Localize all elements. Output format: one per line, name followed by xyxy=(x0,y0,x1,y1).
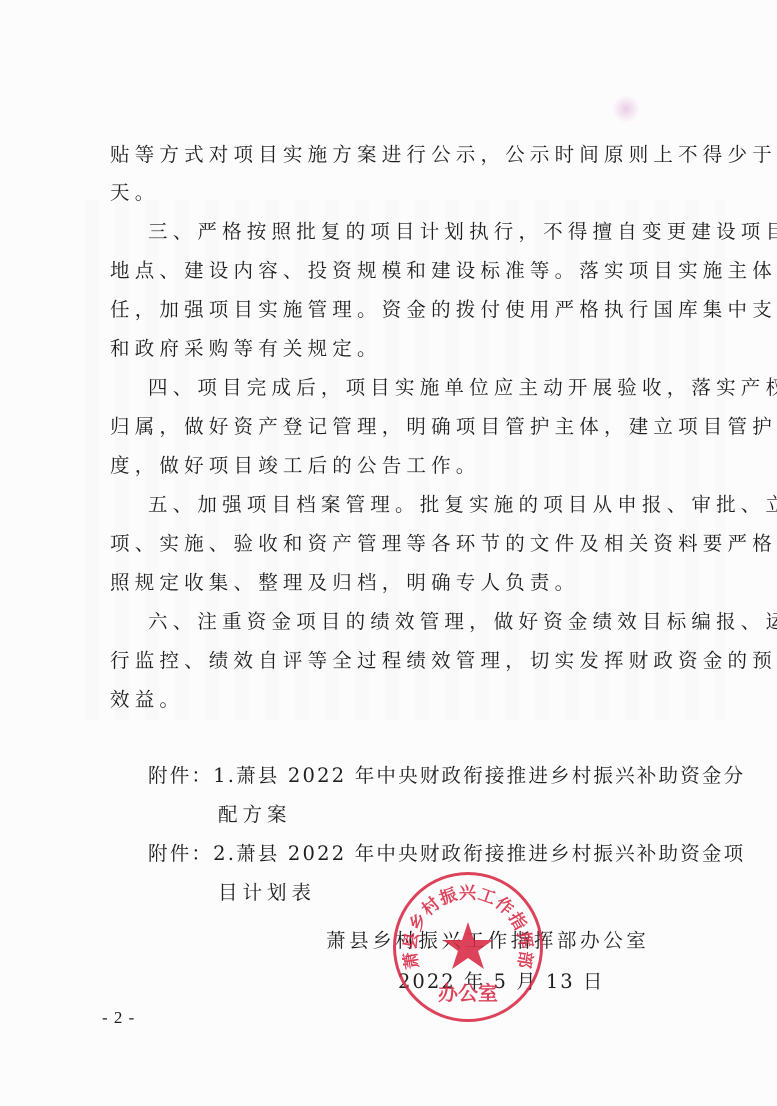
page-number: - 2 - xyxy=(102,1008,135,1028)
section-five-heading: 五、加强项目档案管理。批复实施的项目从申报、审批、立 xyxy=(148,492,748,518)
body-line: 度，做好项目竣工后的公告工作。 xyxy=(110,453,710,479)
body-line: 贴等方式对项目实施方案进行公示，公示时间原则上不得少于 10 xyxy=(110,142,710,168)
body-line: 和政府采购等有关规定。 xyxy=(110,336,710,362)
body-line: 归属，做好资产登记管理，明确项目管护主体，建立项目管护制 xyxy=(110,414,710,440)
section-four-heading: 四、项目完成后，项目实施单位应主动开展验收，落实产权 xyxy=(148,375,748,401)
section-three-heading: 三、严格按照批复的项目计划执行，不得擅自变更建设项目 xyxy=(148,219,748,245)
ink-smudge xyxy=(612,95,640,123)
body-line: 效益。 xyxy=(110,687,710,713)
attachment-2: 附件：2.萧县 2022 年中央财政衔接推进乡村振兴补助资金项 xyxy=(148,841,748,867)
seal-graphic: 萧县乡村振兴工作指挥部 办公室 xyxy=(393,872,543,1022)
seal-bottom-text: 办公室 xyxy=(438,981,498,1005)
body-line: 照规定收集、整理及归档，明确专人负责。 xyxy=(110,570,710,596)
section-six-heading: 六、注重资金项目的绩效管理，做好资金绩效目标编报、运 xyxy=(148,609,748,635)
star-icon xyxy=(443,922,493,969)
body-line: 项、实施、验收和资产管理等各环节的文件及相关资料要严格按 xyxy=(110,531,710,557)
body-line: 天。 xyxy=(110,180,710,206)
official-seal: 萧县乡村振兴工作指挥部 办公室 xyxy=(393,872,543,1022)
document-page: 贴等方式对项目实施方案进行公示，公示时间原则上不得少于 10 天。 三、严格按照… xyxy=(0,0,777,1106)
body-line: 任，加强项目实施管理。资金的拨付使用严格执行国库集中支付 xyxy=(110,297,710,323)
attachment-1-continued: 配方案 xyxy=(218,802,777,828)
attachment-1: 附件：1.萧县 2022 年中央财政衔接推进乡村振兴补助资金分 xyxy=(148,763,748,789)
body-line: 地点、建设内容、投资规模和建设标准等。落实项目实施主体责 xyxy=(110,258,710,284)
body-line: 行监控、绩效自评等全过程绩效管理，切实发挥财政资金的预期 xyxy=(110,648,710,674)
